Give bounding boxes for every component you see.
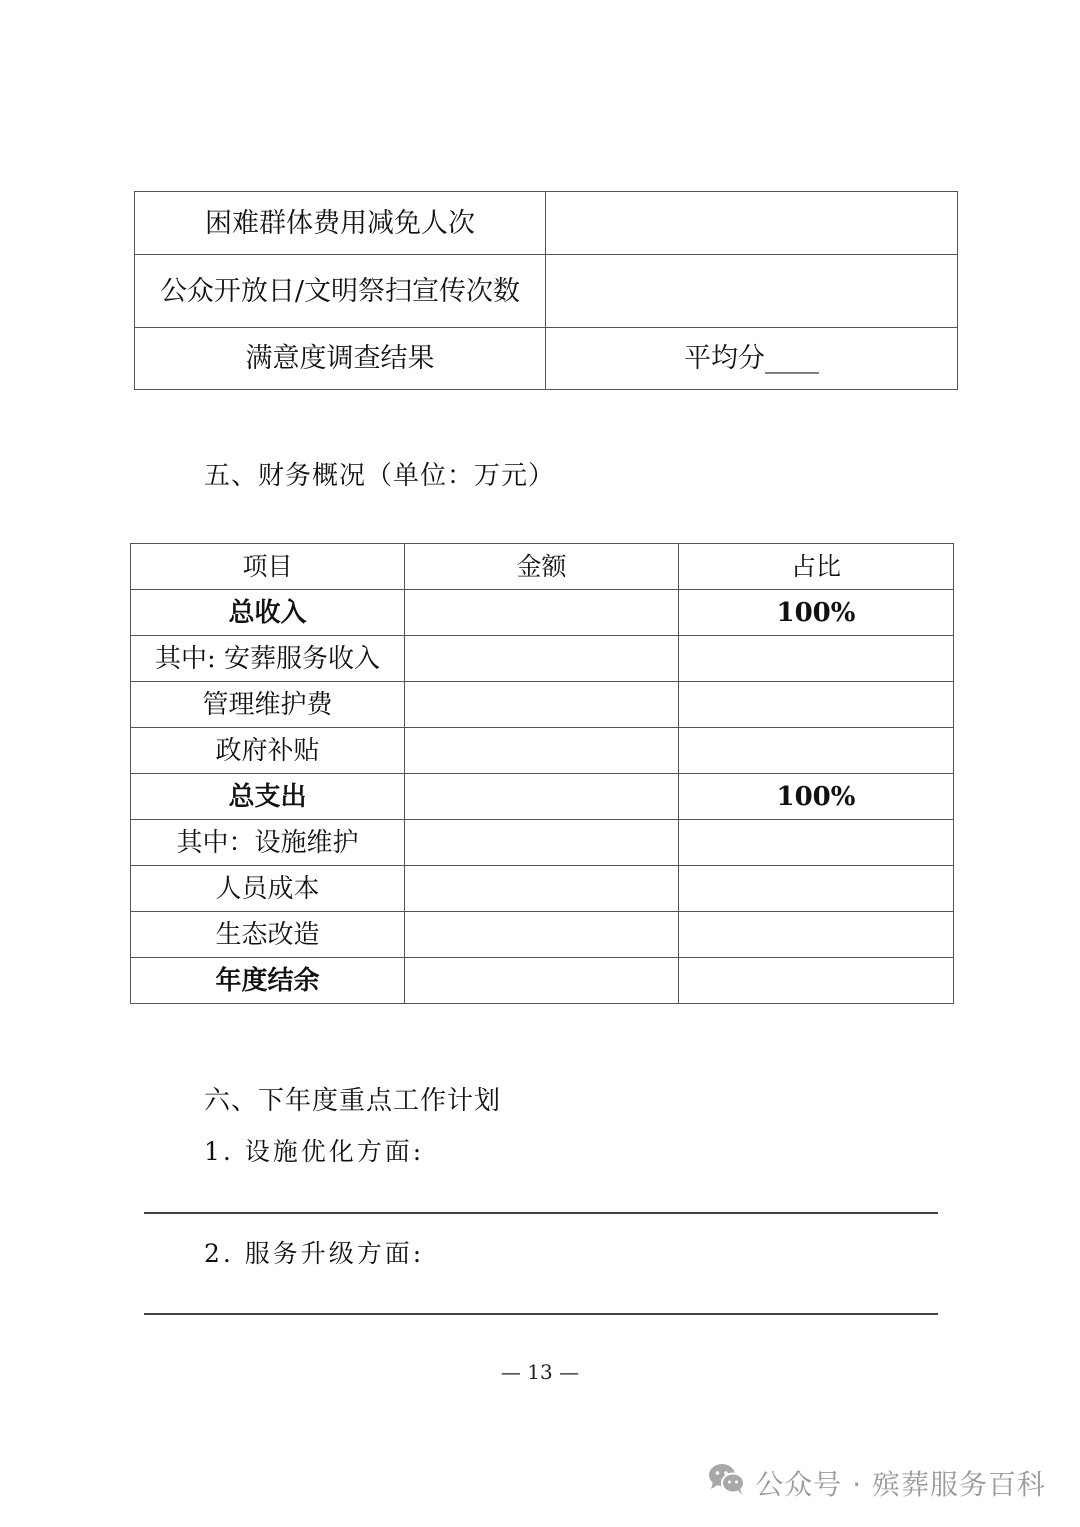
section-six-title: 六、下年度重点工作计划	[204, 1080, 501, 1117]
row-label: 满意度调查结果	[135, 328, 546, 390]
amount-cell[interactable]	[405, 866, 679, 912]
column-header-ratio: 占比	[679, 544, 954, 590]
item-label: 年度结余	[131, 958, 405, 1004]
item-label: 生态改造	[131, 912, 405, 958]
fill-in-line-facility[interactable]	[144, 1212, 938, 1214]
ratio-cell[interactable]	[679, 636, 954, 682]
watermark-text: 公众号 · 殡葬服务百科	[755, 1463, 1046, 1503]
service-stats-table: 困难群体费用减免人次 公众开放日/文明祭扫宣传次数 满意度调查结果 平均分___…	[134, 191, 958, 390]
amount-cell[interactable]	[405, 636, 679, 682]
amount-cell[interactable]	[405, 774, 679, 820]
ratio-cell[interactable]	[679, 820, 954, 866]
table-row: 总收入 100%	[131, 590, 954, 636]
ratio-cell[interactable]	[679, 682, 954, 728]
amount-cell[interactable]	[405, 912, 679, 958]
row-value-cell[interactable]	[546, 192, 958, 255]
column-header-item: 项目	[131, 544, 405, 590]
ratio-cell[interactable]	[679, 866, 954, 912]
ratio-cell: 100%	[679, 774, 954, 820]
amount-cell[interactable]	[405, 958, 679, 1004]
item-label: 人员成本	[131, 866, 405, 912]
watermark: 公众号 · 殡葬服务百科	[707, 1462, 1046, 1503]
item-label: 管理维护费	[131, 682, 405, 728]
row-label: 公众开放日/文明祭扫宣传次数	[135, 255, 546, 328]
column-header-amount: 金额	[405, 544, 679, 590]
table-row: 年度结余	[131, 958, 954, 1004]
satisfaction-score-cell[interactable]: 平均分____	[546, 328, 958, 390]
row-label: 困难群体费用减免人次	[135, 192, 546, 255]
table-row: 其中: 安葬服务收入	[131, 636, 954, 682]
ratio-cell: 100%	[679, 590, 954, 636]
amount-cell[interactable]	[405, 590, 679, 636]
item-label: 总支出	[131, 774, 405, 820]
fill-in-line-service[interactable]	[144, 1313, 938, 1315]
item-label: 总收入	[131, 590, 405, 636]
table-row: 总支出 100%	[131, 774, 954, 820]
ratio-cell[interactable]	[679, 912, 954, 958]
item-label: 政府补贴	[131, 728, 405, 774]
plan-item-service: 2. 服务升级方面:	[204, 1234, 424, 1270]
table-row: 政府补贴	[131, 728, 954, 774]
item-label: 其中: 安葬服务收入	[131, 636, 405, 682]
table-row: 困难群体费用减免人次	[135, 192, 958, 255]
amount-cell[interactable]	[405, 682, 679, 728]
row-value-cell[interactable]	[546, 255, 958, 328]
table-row: 管理维护费	[131, 682, 954, 728]
section-five-title: 五、财务概况（单位：万元）	[204, 455, 555, 492]
ratio-cell[interactable]	[679, 728, 954, 774]
ratio-cell[interactable]	[679, 958, 954, 1004]
amount-cell[interactable]	[405, 820, 679, 866]
table-row: 人员成本	[131, 866, 954, 912]
plan-item-facility: 1. 设施优化方面:	[204, 1132, 424, 1168]
table-row: 其中：设施维护	[131, 820, 954, 866]
item-label: 其中：设施维护	[131, 820, 405, 866]
financial-overview-table: 项目 金额 占比 总收入 100% 其中: 安葬服务收入 管理维护费 政府补贴 …	[130, 543, 954, 1004]
amount-cell[interactable]	[405, 728, 679, 774]
table-header-row: 项目 金额 占比	[131, 544, 954, 590]
table-row: 满意度调查结果 平均分____	[135, 328, 958, 390]
table-row: 生态改造	[131, 912, 954, 958]
table-row: 公众开放日/文明祭扫宣传次数	[135, 255, 958, 328]
wechat-icon	[707, 1462, 755, 1503]
page-number: — 13 —	[0, 1360, 1080, 1384]
